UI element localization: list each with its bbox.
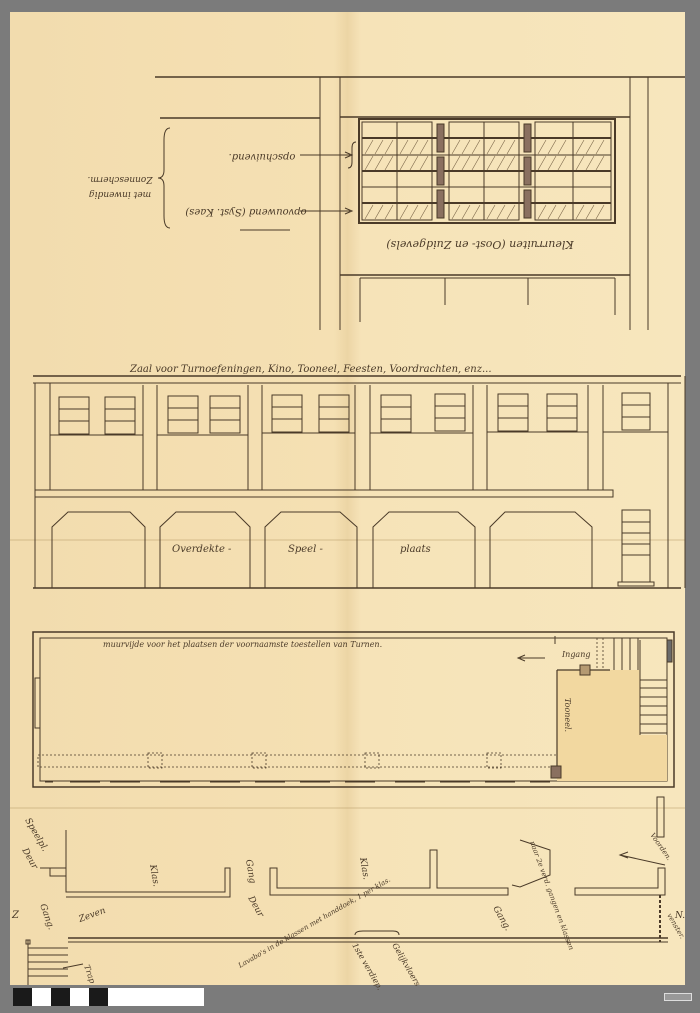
- svg-text:opvouwend (Syst. Kaes): opvouwend (Syst. Kaes): [185, 206, 306, 217]
- swatch-white: [32, 988, 51, 1006]
- svg-text:opschuivend.: opschuivend.: [229, 151, 296, 162]
- svg-text:plaats: plaats: [400, 544, 431, 555]
- svg-text:Trap: Trap: [82, 964, 97, 985]
- svg-text:Gang: Gang: [243, 859, 257, 885]
- svg-text:Lavabo's in de klassen met han: Lavabo's in de klassen met handdoek, 1 p…: [236, 876, 392, 971]
- swatch-white-wide: [108, 988, 204, 1006]
- lower-plan: [26, 797, 668, 985]
- svg-text:Speel -: Speel -: [288, 544, 323, 555]
- svg-text:Zeven: Zeven: [77, 906, 108, 925]
- swatch-black: [51, 988, 70, 1006]
- scale-ruler-icon: [664, 993, 692, 1001]
- svg-text:Klas.: Klas.: [147, 863, 161, 888]
- svg-text:met inwendig: met inwendig: [89, 189, 151, 199]
- elevation-pillars: [143, 385, 603, 490]
- svg-text:Gang.: Gang.: [490, 905, 512, 933]
- svg-text:Gang.: Gang.: [37, 903, 56, 932]
- drawing-svg: Kleurruiten (Oost- en Zuidgevels) opschu…: [0, 0, 700, 1013]
- stage-area: [557, 670, 667, 781]
- swatch-black: [13, 988, 32, 1006]
- svg-text:1ste verdiep.: 1ste verdiep.: [350, 942, 384, 992]
- annotations: Kleurruiten (Oost- en Zuidgevels) opschu…: [11, 151, 686, 992]
- swatch-white: [70, 988, 89, 1006]
- window-detail-section: [155, 77, 685, 330]
- plan-wall-note: muurvijde voor het plaatsen der voornaam…: [103, 640, 382, 649]
- svg-text:Voorden.: Voorden.: [648, 832, 673, 862]
- svg-text:Deur: Deur: [245, 894, 266, 920]
- elevation-door: [622, 510, 650, 582]
- swatch-black: [89, 988, 108, 1006]
- elevation-section: [33, 376, 685, 588]
- svg-text:naar 2e verd. gangen en klasse: naar 2e verd. gangen en klassen: [528, 840, 575, 952]
- svg-text:Z: Z: [11, 910, 20, 921]
- svg-text:Gelijkvloers: Gelijkvloers: [390, 942, 422, 988]
- svg-text:Zonnescherm.: Zonnescherm.: [87, 174, 153, 184]
- svg-text:Deur: Deur: [19, 846, 40, 872]
- window-panes: [362, 122, 611, 220]
- svg-text:Ingang: Ingang: [561, 650, 590, 659]
- caption-upside: Kleurruiten (Oost- en Zuidgevels): [386, 238, 574, 251]
- svg-text:Klas.: Klas.: [357, 856, 371, 881]
- svg-text:Tooneel.: Tooneel.: [563, 698, 572, 732]
- svg-text:Overdekte -: Overdekte -: [172, 544, 232, 555]
- elevation-title: Zaal voor Turnoefeningen, Kino, Tooneel,…: [129, 364, 492, 375]
